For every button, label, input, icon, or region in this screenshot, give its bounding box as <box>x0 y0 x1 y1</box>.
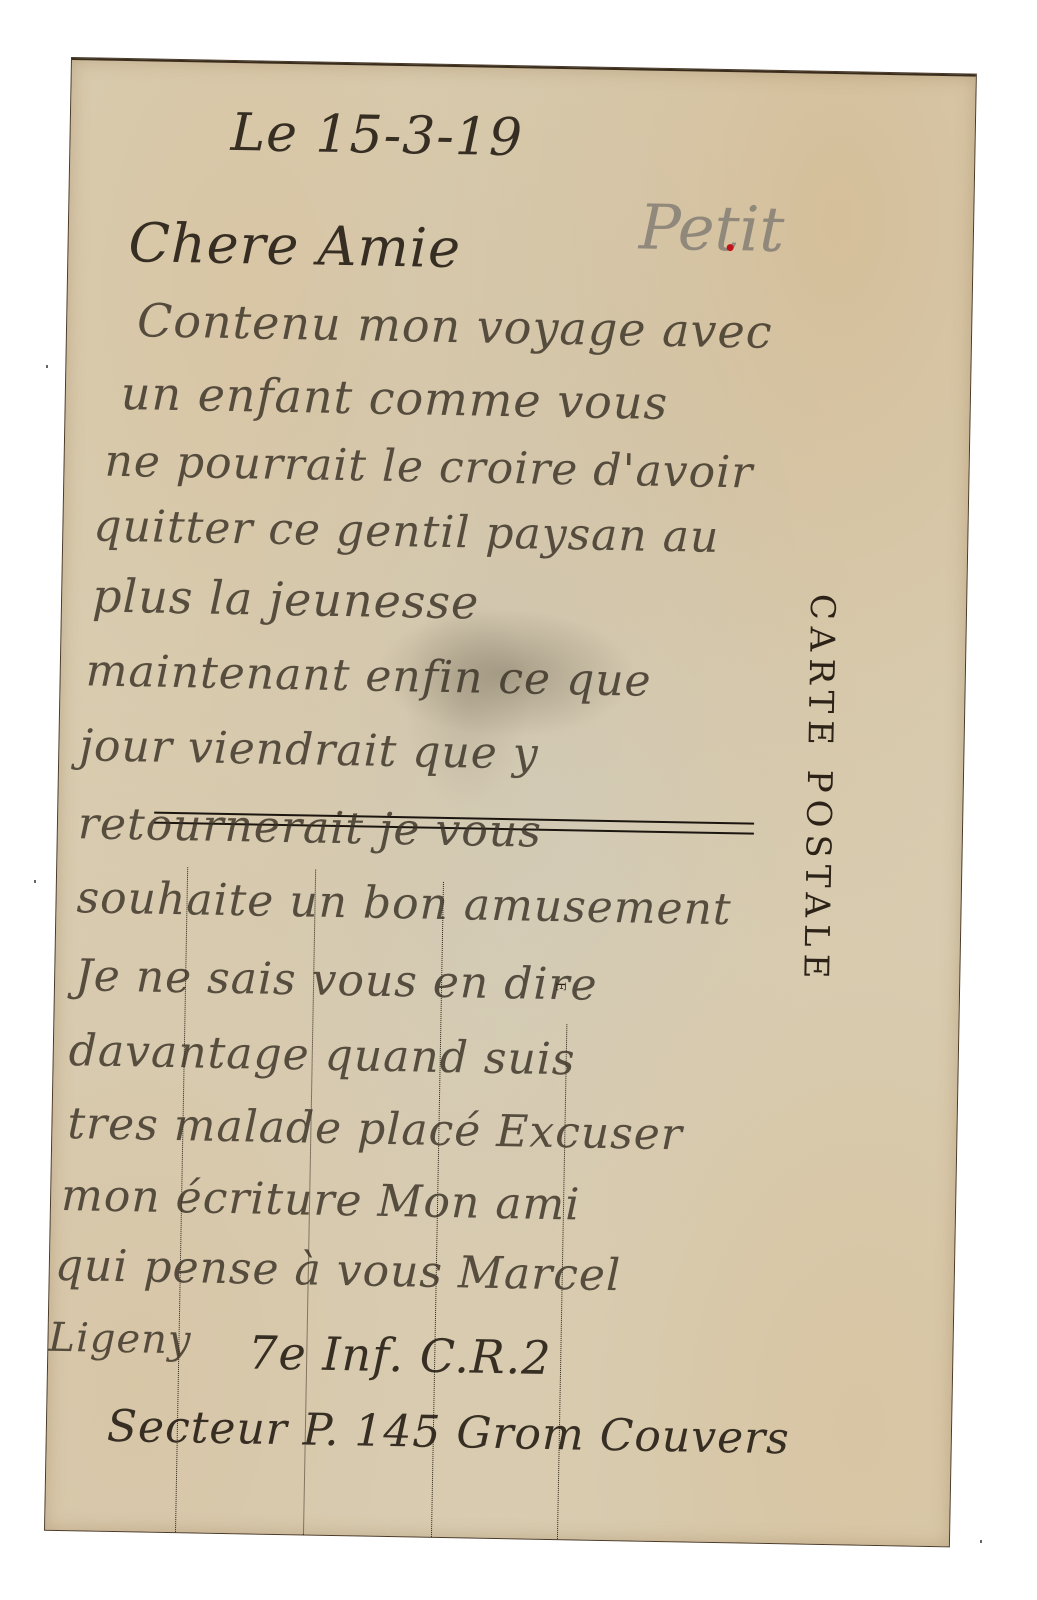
red-ink-dot <box>727 244 734 251</box>
signature-name: Ligeny <box>48 1315 192 1364</box>
date: Le 15-3-19 <box>230 103 523 168</box>
letter-line: mon écriture Mon ami <box>61 1170 581 1231</box>
letter-line: Je ne sais vous en dire <box>75 950 598 1011</box>
letter-line: qui pense à vous Marcel <box>54 1240 621 1301</box>
letter-line: retournerait je vous <box>78 798 543 857</box>
dust-speck <box>34 880 36 883</box>
letter-line: maintenant enfin ce que <box>85 645 652 706</box>
carte-postale-title: CARTE POSTALE <box>792 593 842 1154</box>
dust-speck <box>46 365 48 368</box>
letter-line: jour viendrait que y <box>79 720 539 779</box>
greeting: Chere Amie <box>128 211 462 280</box>
letter-line: plus la jeunesse <box>92 568 480 629</box>
dust-speck <box>980 1540 982 1543</box>
letter-line: davantage quand suis <box>68 1025 576 1085</box>
unit-address: 7e Inf. C.R.2 <box>248 1325 552 1385</box>
letter-line: souhaite un bon amusement <box>76 872 732 935</box>
pencil-annotation: Petit <box>638 190 785 266</box>
sector-address: Secteur P. 145 Grom Couvers <box>106 1401 790 1465</box>
letter-line: tres malade placé Excuser <box>67 1098 683 1160</box>
postcard-back: E CARTE POSTALE Petit Le 15-3-19 Chere A… <box>45 58 976 1546</box>
letter-line: ne pourrait le croire d'avoir <box>104 436 754 499</box>
letter-line: Contenu mon voyage avec <box>137 293 773 359</box>
letter-line: quitter ce gentil paysan au <box>93 500 720 562</box>
letter-line: un enfant comme vous <box>120 366 668 430</box>
